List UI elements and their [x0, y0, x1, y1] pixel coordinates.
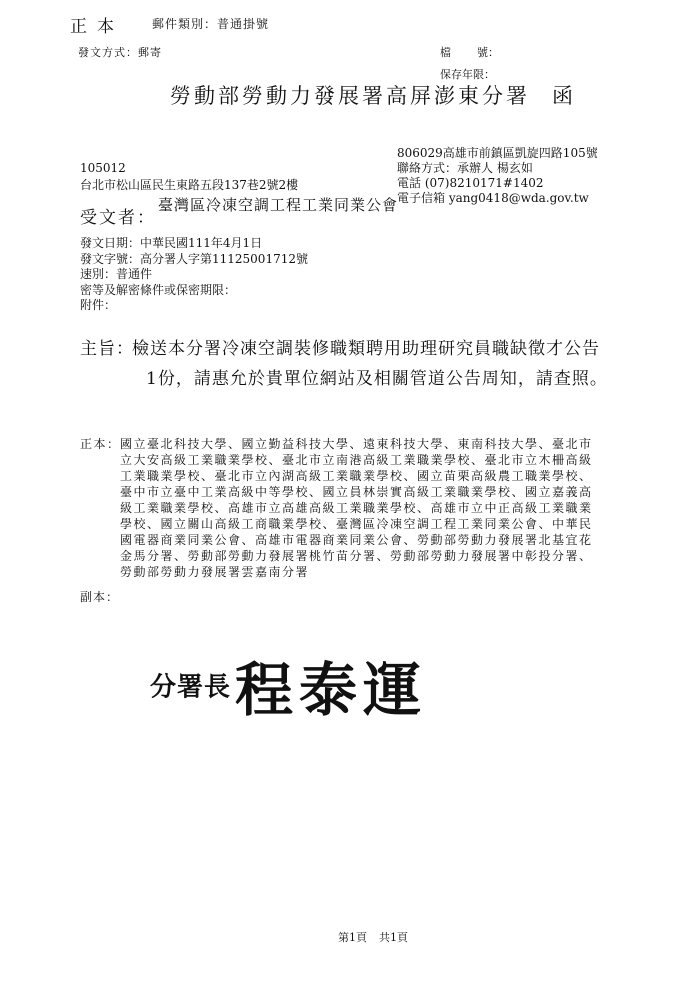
file-number-label-part1: 檔	[440, 46, 451, 59]
send-method: 發文方式：郵寄	[78, 44, 162, 60]
original-recipients-list: 國立臺北科技大學、國立勤益科技大學、遠東科技大學、東南科技大學、臺北市 立大安高…	[120, 436, 680, 580]
signatory-name: 程泰運	[235, 656, 427, 724]
sender-info: 806029高雄市前鎮區凱旋四路105號 聯絡方式：承辦人 楊玄如 電話 (07…	[397, 146, 598, 206]
sender-email: 電子信箱 yang0418@wda.gov.tw	[397, 191, 598, 206]
document-kind: 函	[552, 84, 576, 108]
issue-date: 發文日期：中華民國111年4月1日	[80, 236, 308, 252]
document-meta: 發文日期：中華民國111年4月1日 發文字號：高分署人字第11125001712…	[80, 236, 308, 314]
recipient-line: 級工業職業學校、高雄市立高雄高級工業職業學校、高雄市立中正高級工業職業	[120, 500, 680, 516]
subject-line-2: 1份，請惠允於貴單位網站及相關管道公告周知，請查照。	[146, 364, 608, 394]
recipient-line: 勞動部勞動力發展署雲嘉南分署	[120, 564, 680, 580]
carbon-copy-label: 副本：	[80, 588, 119, 605]
subject-label: 主旨：	[80, 334, 134, 364]
document-title: 勞動部勞動力發展署高屏澎東分署函	[170, 80, 576, 110]
delivery-speed: 速別：普通件	[80, 267, 308, 283]
page-total: 共1頁	[379, 931, 408, 944]
sender-contact: 聯絡方式：承辦人 楊玄如	[397, 161, 598, 176]
recipient-line: 學校、國立關山高級工商職業學校、臺灣區冷凍空調工程工業同業公會、中華民	[120, 516, 680, 532]
issuing-agency: 勞動部勞動力發展署高屏澎東分署	[170, 84, 530, 108]
sender-phone: 電話 (07)8210171#1402	[397, 176, 598, 191]
recipient-name: 臺灣區冷凍空調工程工業同業公會	[158, 196, 398, 214]
recipient-label: 受文者：	[80, 203, 156, 228]
copy-type-label: 正本	[70, 12, 124, 37]
original-recipients-label: 正本：	[80, 436, 121, 452]
page-current: 第1頁	[338, 931, 367, 944]
recipient-line: 立大安高級工業職業學校、臺北市立南港高級工業職業學校、臺北市立木柵高級	[120, 452, 680, 468]
file-number-field: 檔號：	[440, 44, 499, 60]
recipient-line: 金馬分署、勞動部勞動力發展署桃竹苗分署、勞動部勞動力發展署中彰投分署、	[120, 548, 680, 564]
recipient-line: 工業職業學校、臺北市立內湖高級工業職業學校、國立苗栗高級農工職業學校、	[120, 468, 680, 484]
mail-category: 郵件類別：普通掛號	[152, 15, 269, 32]
recipient-line: 臺中市立臺中工業高級中等學校、國立員林崇實高級工業職業學校、國立嘉義高	[120, 484, 680, 500]
recipient-zip: 105012	[80, 161, 126, 175]
file-number-label-part2: 號：	[477, 46, 499, 59]
secrecy-level: 密等及解密條件或保密期限：	[80, 283, 308, 299]
sender-address: 806029高雄市前鎮區凱旋四路105號	[397, 146, 598, 161]
recipient-address: 台北市松山區民生東路五段137巷2號2樓	[80, 176, 298, 193]
signatory-title: 分署長	[150, 673, 231, 703]
recipient-line: 國電器商業同業公會、高雄市電器商業同業公會、勞動部勞動力發展署北基宜花	[120, 532, 680, 548]
recipient-line: 國立臺北科技大學、國立勤益科技大學、遠東科技大學、東南科技大學、臺北市	[120, 436, 680, 452]
document-number: 發文字號：高分署人字第11125001712號	[80, 252, 308, 268]
attachments: 附件：	[80, 298, 308, 314]
page-indicator: 第1頁共1頁	[338, 929, 408, 945]
signature-stamp: 分署長程泰運	[150, 643, 427, 727]
subject-line-1: 檢送本分署冷凍空調裝修職類聘用助理研究員職缺徵才公告	[132, 334, 600, 364]
